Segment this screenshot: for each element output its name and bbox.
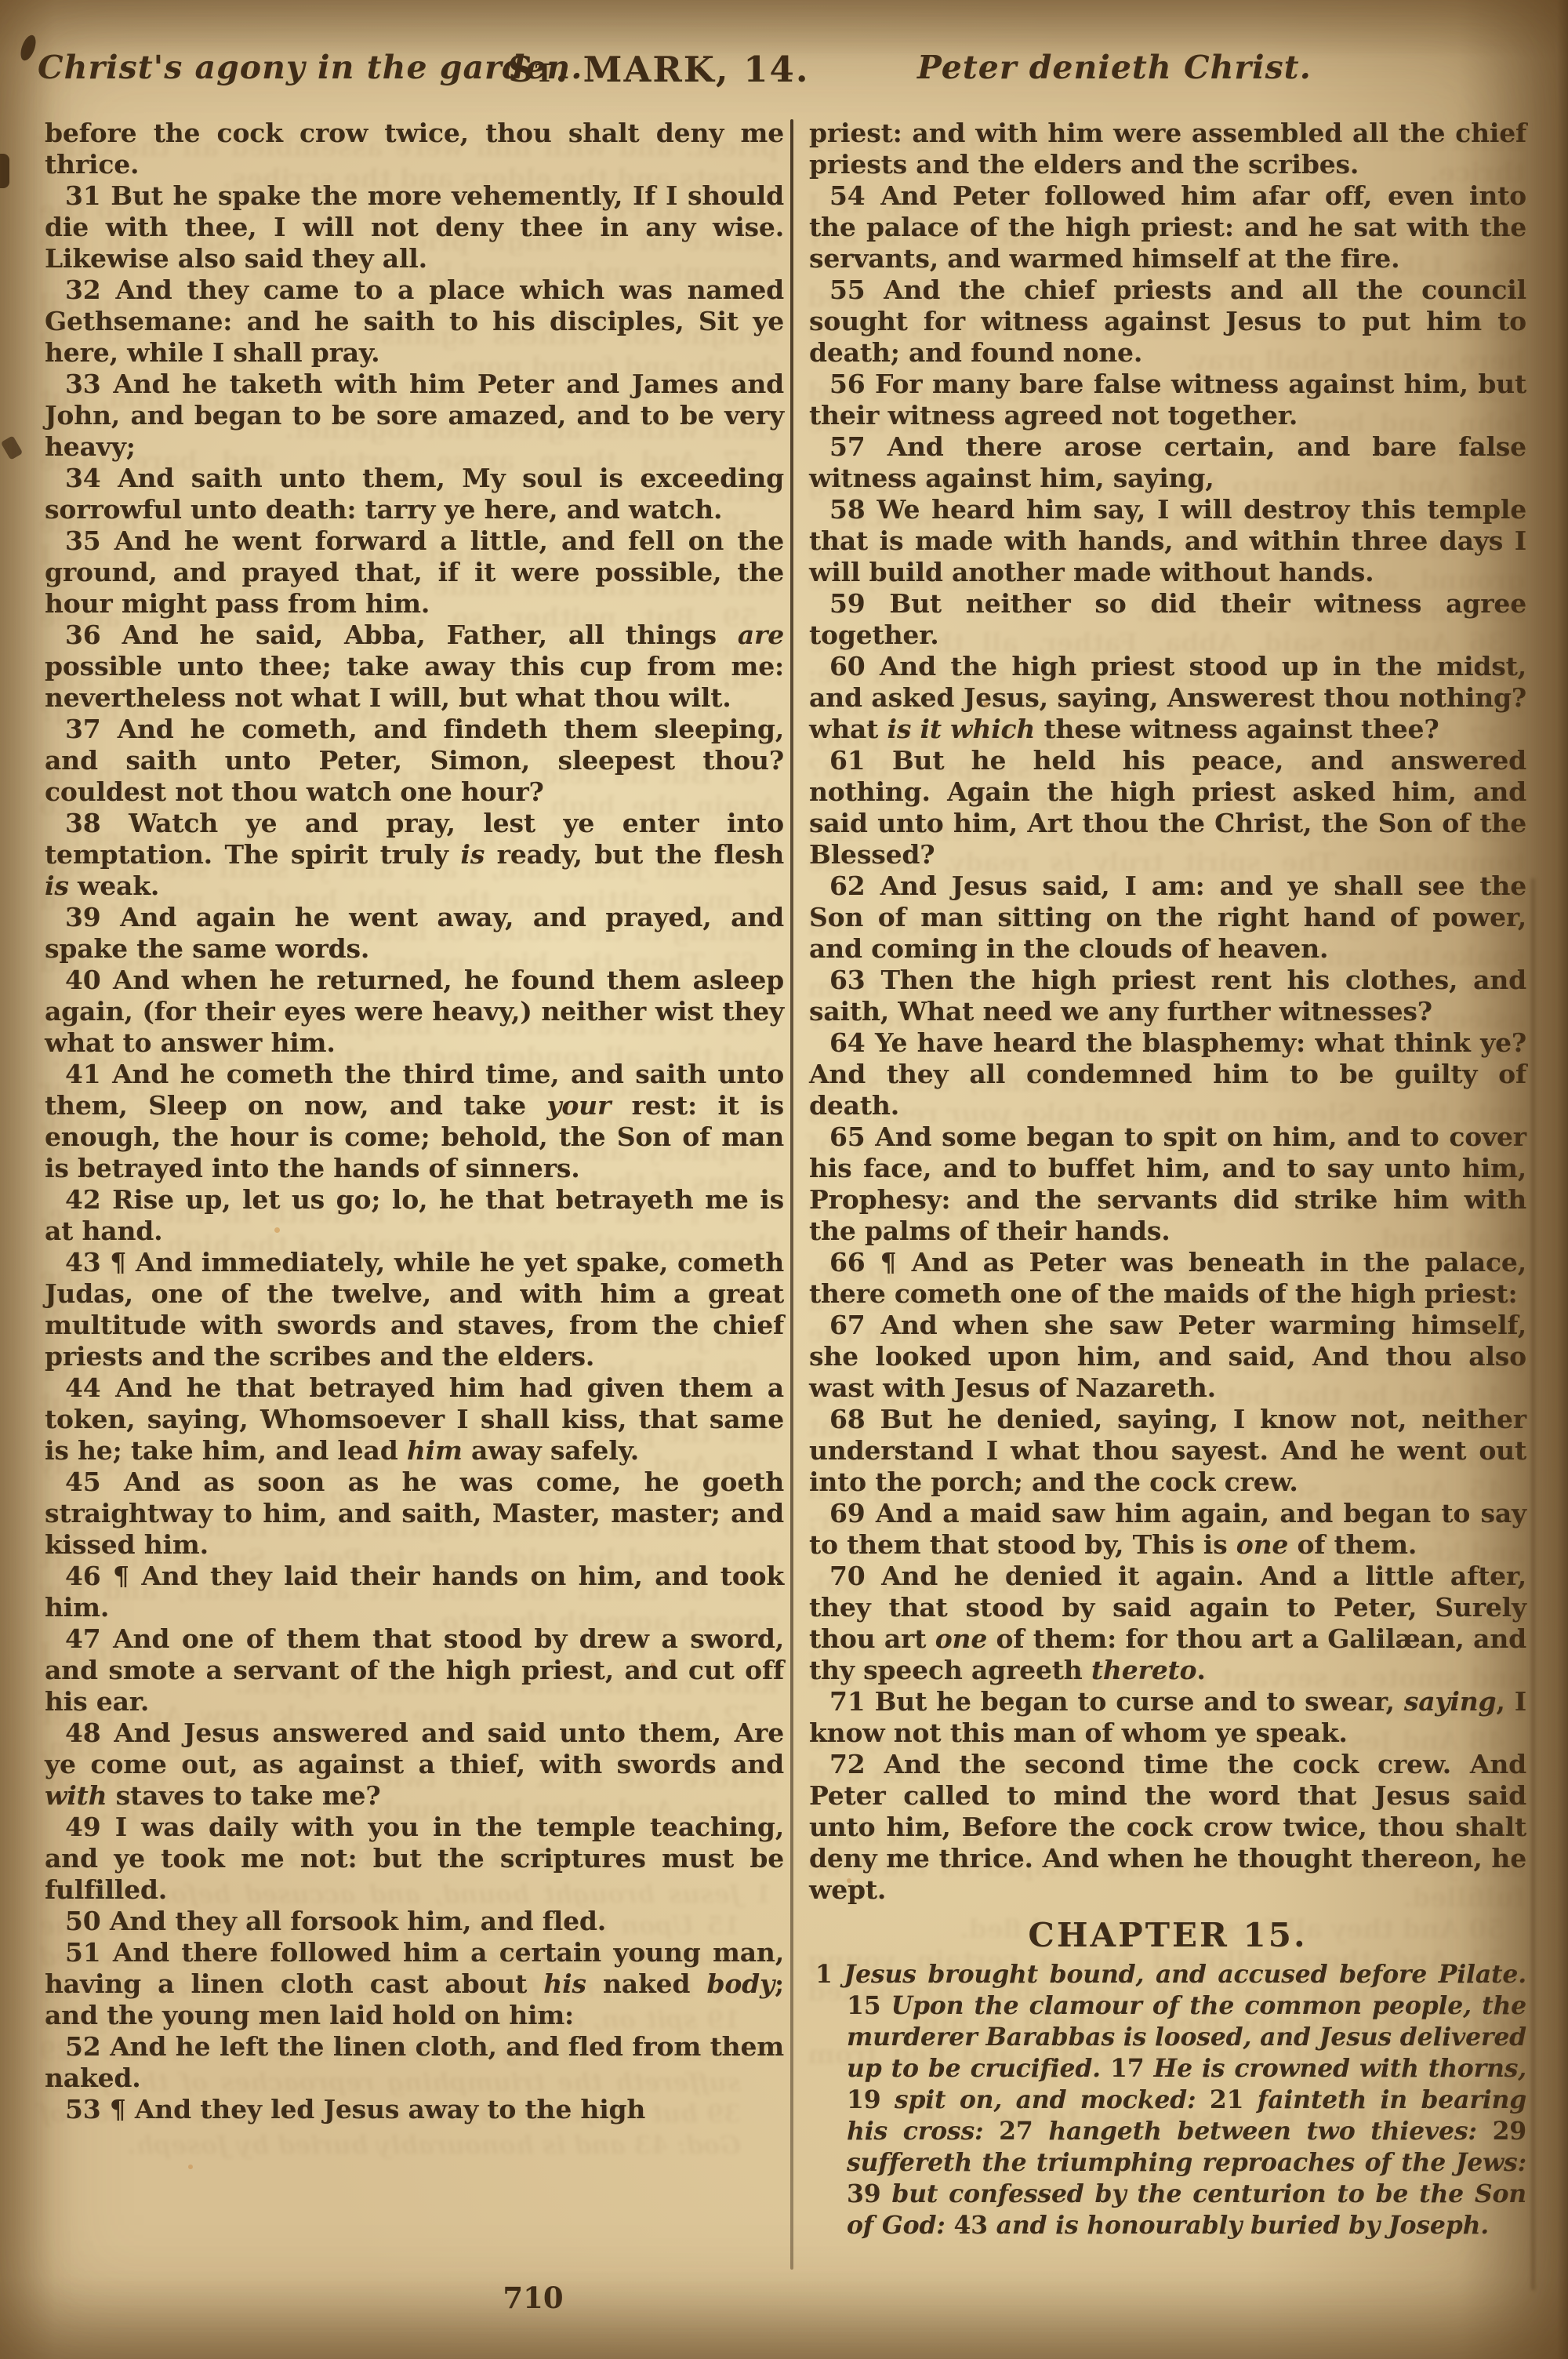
verse-56: 56 For many bare false witness against h… [809, 369, 1526, 431]
verse-text: away safely. [463, 1435, 639, 1466]
page-edge-mark [1, 435, 24, 460]
verse-text: Rise up, let us go; lo, he that betrayet… [45, 1184, 784, 1246]
verse-text: possible unto thee; take away this cup f… [45, 651, 784, 713]
verse-text: We heard him say, I will destroy this te… [809, 494, 1526, 587]
verse-47: 47 And one of them that stood by drew a … [45, 1623, 784, 1717]
verse-number: 56 [829, 369, 866, 399]
verse-number: 67 [829, 1310, 866, 1340]
summary-verse-number: 19 [847, 2085, 895, 2114]
verse-64: 64 Ye have heard the blasphemy: what thi… [809, 1027, 1526, 1121]
verse-text: staves to take me? [107, 1780, 380, 1811]
verse-70: 70 And he denied it again. And a little … [809, 1561, 1526, 1686]
verse-67: 67 And when she saw Peter warming himsel… [809, 1310, 1526, 1404]
verse-number: 66 [829, 1247, 866, 1278]
book-abbreviation: St. [508, 49, 569, 90]
page-edge-mark [18, 33, 39, 62]
verse-text-italic: him [407, 1435, 463, 1466]
verse-text-italic: is [460, 839, 485, 870]
verse-text: And Peter followed him afar off, even in… [809, 180, 1526, 274]
verse-text: But he spake the more vehemently, If I s… [45, 180, 784, 274]
verse-number: 70 [829, 1561, 866, 1591]
column-divider-rule [790, 119, 793, 2270]
paper-speck [984, 702, 989, 707]
verse-number: 34 [65, 463, 101, 493]
verse-number: 43 [65, 1247, 101, 1278]
verse-48: 48 And Jesus answered and said unto them… [45, 1717, 784, 1812]
verse-text: But he denied, saying, I know not, neith… [809, 1404, 1526, 1497]
verse-number: 51 [65, 1937, 101, 1968]
verse-46: 46 ¶ And they laid their hands on him, a… [45, 1561, 784, 1623]
verse-59: 59 But neither so did their witness agre… [809, 588, 1526, 651]
verse-text-italic: body [706, 1968, 775, 1999]
summary-verse-number: 27 [999, 2117, 1048, 2146]
verse-text-italic: is it which [887, 714, 1036, 744]
verse-number: 39 [65, 902, 101, 932]
summary-verse-number: 21 [1210, 2085, 1258, 2114]
chapter-summary: 1 Jesus brought bound, and accused befor… [809, 1959, 1526, 2241]
summary-verse-number: 43 [953, 2211, 996, 2240]
verse-72: 72 And the second time the cock crew. An… [809, 1749, 1526, 1906]
verse-text: And as soon as he was come, he goeth str… [45, 1467, 784, 1560]
verse-42: 42 Rise up, let us go; lo, he that betra… [45, 1184, 784, 1247]
verse-number: 64 [829, 1027, 866, 1058]
verse-text: And the second time the cock crew. And P… [809, 1749, 1526, 1905]
verse-text: And they came to a place which was named… [45, 274, 784, 368]
summary-text: and is honourably buried by Joseph. [996, 2211, 1489, 2240]
verse-number: 50 [65, 1906, 101, 1936]
summary-verse-number: 1 [815, 1960, 844, 1989]
verse-53: 53 ¶ And they led Jesus away to the high [45, 2094, 784, 2125]
summary-text: hangeth between two thieves: [1048, 2117, 1492, 2146]
verse-text: Then the high priest rent his clothes, a… [809, 965, 1526, 1027]
verse-text-italic: saying [1404, 1686, 1497, 1717]
verse-number: 72 [829, 1749, 866, 1779]
verse-text: ready, but the flesh [485, 839, 784, 870]
summary-verse-number: 15 [847, 1991, 891, 2020]
verse-text: priest: and with him were assembled all … [809, 118, 1526, 180]
book-chapter-label: MARK, 14. [569, 49, 810, 90]
verse-61: 61 But he held his peace, and answered n… [809, 745, 1526, 871]
verse-text: And he went forward a little, and fell o… [45, 525, 784, 619]
verse-text: And they all forsook him, and fled. [110, 1906, 606, 1936]
verse-number: 44 [65, 1372, 101, 1403]
verse-text: And as Peter was beneath in the palace, … [809, 1247, 1526, 1309]
verse-text: And immediately, while he yet spake, com… [45, 1247, 784, 1372]
verse-66: 66 ¶ And as Peter was beneath in the pal… [809, 1247, 1526, 1310]
running-head-center: St. MARK, 14. [508, 49, 810, 90]
verse-text: And a maid saw him again, and began to s… [809, 1498, 1526, 1560]
paper-speck [274, 1227, 280, 1233]
verse-text: I was daily with you in the temple teach… [45, 1812, 784, 1905]
verse-text: And when she saw Peter warming himself, … [809, 1310, 1526, 1403]
verse-number: 36 [65, 620, 101, 650]
verse-text: And saith unto them, My soul is exceedin… [45, 463, 784, 525]
verse-text: And again he went away, and prayed, and … [45, 902, 784, 964]
verse-45: 45 And as soon as he was come, he goeth … [45, 1467, 784, 1561]
verse-text-italic: thereto [1091, 1655, 1196, 1685]
verse-63: 63 Then the high priest rent his clothes… [809, 965, 1526, 1027]
verse-number: 71 [829, 1686, 866, 1717]
verse-number: 31 [65, 180, 101, 211]
verse-number: 32 [65, 274, 101, 305]
verse-text: weak. [69, 871, 159, 901]
verse-text: And they laid their hands on him, and to… [45, 1561, 784, 1623]
verse-51: 51 And there followed him a certain youn… [45, 1937, 784, 2031]
verse-text: And Jesus said, I am: and ye shall see t… [809, 871, 1526, 964]
verse-text-italic: are [738, 620, 784, 650]
paper-speck [188, 2165, 193, 2169]
verse-number: 33 [65, 369, 101, 399]
verse-71: 71 But he began to curse and to swear, s… [809, 1686, 1526, 1749]
verse-text: And he said, Abba, Father, all things [122, 620, 737, 650]
verse-continuation: priest: and with him were assembled all … [809, 118, 1526, 180]
verse-text: And he taketh with him Peter and James a… [45, 369, 784, 462]
verse-54: 54 And Peter followed him afar off, even… [809, 180, 1526, 274]
verse-number: 42 [65, 1184, 101, 1215]
summary-text: suffereth the triumphing reproaches of t… [847, 2148, 1526, 2177]
verse-number: 55 [829, 274, 866, 305]
verse-68: 68 But he denied, saying, I know not, ne… [809, 1404, 1526, 1498]
verse-number: 53 [65, 2094, 101, 2125]
verse-52: 52 And he left the linen cloth, and fled… [45, 2031, 784, 2094]
verse-number: 54 [829, 180, 866, 211]
verse-number: 47 [65, 1623, 101, 1654]
verse-62: 62 And Jesus said, I am: and ye shall se… [809, 871, 1526, 965]
verse-38: 38 Watch ye and pray, lest ye enter into… [45, 808, 784, 902]
verse-text: And they led Jesus away to the high [135, 2094, 645, 2125]
paper-speck [847, 1878, 851, 1883]
verse-text-italic: your [546, 1090, 611, 1121]
page-number: 710 [439, 2281, 627, 2315]
verse-number: 41 [65, 1059, 101, 1089]
verse-text: And he left the linen cloth, and fled fr… [45, 2031, 784, 2093]
verse-text: And one of them that stood by drew a swo… [45, 1623, 784, 1717]
verse-text: And he cometh, and findeth them sleeping… [45, 714, 784, 807]
verse-text-italic: one [1236, 1529, 1288, 1560]
verse-36: 36 And he said, Abba, Father, all things… [45, 620, 784, 714]
verse-60: 60 And the high priest stood up in the m… [809, 651, 1526, 745]
verse-49: 49 I was daily with you in the temple te… [45, 1812, 784, 1906]
verse-number: 38 [65, 808, 101, 838]
summary-text: spit on, and mocked: [895, 2085, 1210, 2114]
page-edge-mark [0, 154, 9, 188]
verse-text: of them. [1288, 1529, 1417, 1560]
verse-number: 60 [829, 651, 866, 682]
verse-text: And when he returned, he found them asle… [45, 965, 784, 1058]
verse-text: Ye have heard the blasphemy: what think … [809, 1027, 1526, 1121]
verse-69: 69 And a maid saw him again, and began t… [809, 1498, 1526, 1561]
running-head-right: Peter denieth Christ. [917, 49, 1312, 86]
verse-58: 58 We heard him say, I will destroy this… [809, 494, 1526, 588]
verse-number: 61 [829, 745, 866, 776]
verse-number: 63 [829, 965, 866, 995]
verse-number: 48 [65, 1717, 101, 1748]
verse-43: 43 ¶ And immediately, while he yet spake… [45, 1247, 784, 1372]
verse-text: . [1196, 1655, 1205, 1685]
verse-39: 39 And again he went away, and prayed, a… [45, 902, 784, 965]
verse-text: And there arose certain, and bare false … [809, 431, 1526, 493]
verse-35: 35 And he went forward a little, and fel… [45, 525, 784, 620]
verse-text: And the chief priests and all the counci… [809, 274, 1526, 368]
verse-33: 33 And he taketh with him Peter and Jame… [45, 369, 784, 463]
verse-65: 65 And some began to spit on him, and to… [809, 1121, 1526, 1247]
verse-number: 69 [829, 1498, 866, 1528]
verse-44: 44 And he that betrayed him had given th… [45, 1372, 784, 1467]
verse-55: 55 And the chief priests and all the cou… [809, 274, 1526, 369]
verse-41: 41 And he cometh the third time, and sai… [45, 1059, 784, 1184]
verse-number: 35 [65, 525, 101, 556]
verse-number: 37 [65, 714, 101, 744]
verse-number: 49 [65, 1812, 101, 1842]
verse-text-italic: one [935, 1623, 987, 1654]
verse-text: And Jesus answered and said unto them, A… [45, 1717, 784, 1779]
verse-number: 45 [65, 1467, 101, 1497]
verse-number: 68 [829, 1404, 866, 1434]
verse-50: 50 And they all forsook him, and fled. [45, 1906, 784, 1937]
running-head-left: Christ's agony in the garden. [38, 49, 583, 86]
verse-text-italic: is [45, 871, 69, 901]
summary-text: Jesus brought bound, and accused before … [844, 1960, 1526, 1989]
verse-text: these witness against thee? [1035, 714, 1439, 744]
verse-text: But he held his peace, and answered noth… [809, 745, 1526, 870]
verse-text: And some began to spit on him, and to co… [809, 1121, 1526, 1246]
verse-31: 31 But he spake the more vehemently, If … [45, 180, 784, 274]
summary-verse-number: 17 [1110, 2054, 1154, 2083]
chapter-heading: CHAPTER 15. [809, 1920, 1526, 1951]
summary-verse-number: 29 [1493, 2117, 1526, 2146]
text-column-left: before the cock crow twice, thou shalt d… [45, 118, 784, 2125]
verse-text: before the cock crow twice, thou shalt d… [45, 118, 784, 180]
bible-page: Christ's agony in the garden. St. MARK, … [0, 0, 1568, 2359]
text-column-right: priest: and with him were assembled all … [809, 118, 1526, 2241]
verse-text: naked [586, 1968, 707, 1999]
verse-continuation: before the cock crow twice, thou shalt d… [45, 118, 784, 180]
verse-text: But he began to curse and to swear, [875, 1686, 1404, 1717]
verse-40: 40 And when he returned, he found them a… [45, 965, 784, 1059]
verse-34: 34 And saith unto them, My soul is excee… [45, 463, 784, 525]
verse-text-italic: with [45, 1780, 107, 1811]
paper-speck [1270, 188, 1274, 192]
verse-37: 37 And he cometh, and findeth them sleep… [45, 714, 784, 808]
paper-speck [651, 1663, 655, 1667]
verse-number: 58 [829, 494, 866, 525]
verse-number: 40 [65, 965, 101, 995]
verse-32: 32 And they came to a place which was na… [45, 274, 784, 369]
verse-number: 57 [829, 431, 866, 462]
verse-number: 52 [65, 2031, 101, 2062]
verse-57: 57 And there arose certain, and bare fal… [809, 431, 1526, 494]
verse-text: For many bare false witness against him,… [809, 369, 1526, 431]
verse-text: But neither so did their witness agree t… [809, 588, 1526, 650]
verse-text-italic: his [543, 1968, 586, 1999]
summary-text: He is crowned with thorns, [1154, 2054, 1526, 2083]
verse-number: 65 [829, 1121, 866, 1152]
verse-number: 46 [65, 1561, 101, 1591]
page-curl-shadow [1531, 878, 1535, 2290]
verse-number: 59 [829, 588, 866, 619]
verse-number: 62 [829, 871, 866, 901]
summary-verse-number: 39 [847, 2179, 891, 2208]
